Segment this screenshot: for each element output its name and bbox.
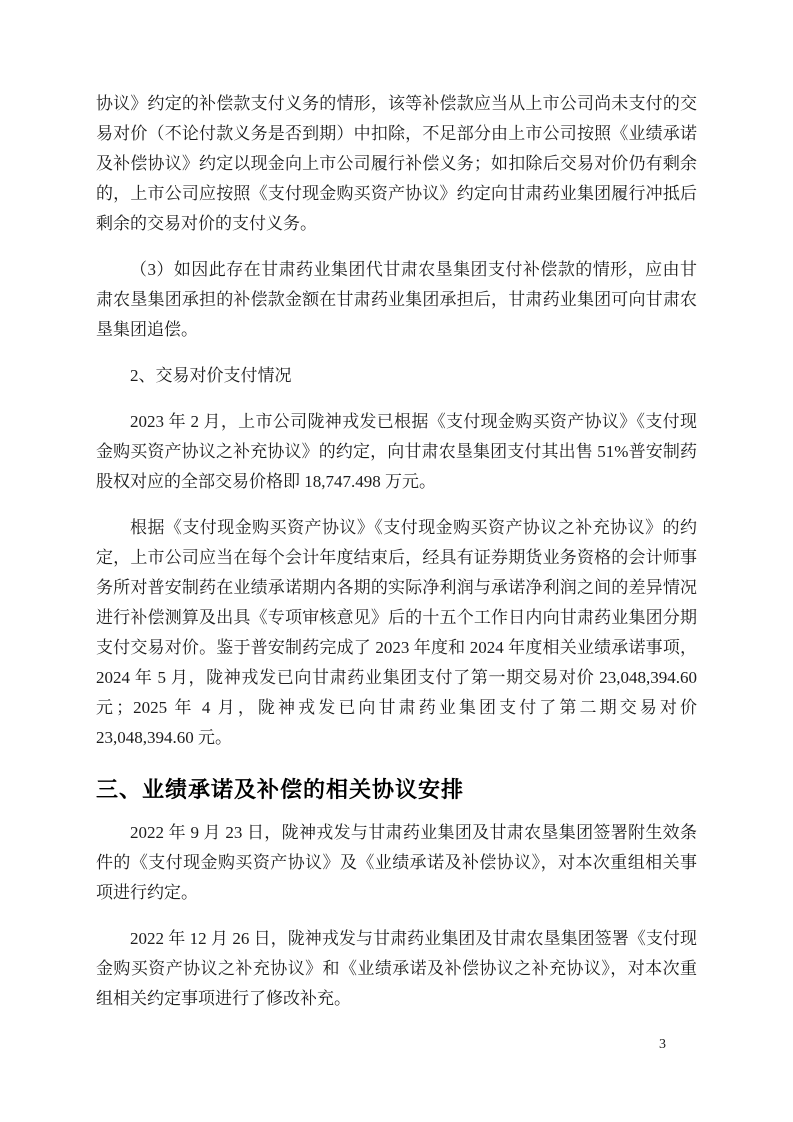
paragraph-item-3-recourse: （3）如因此存在甘肃药业集团代甘肃农垦集团支付补偿款的情形，应由甘肃农垦集团承担…	[96, 255, 697, 345]
section-heading-agreement-arrangements: 三、业绩承诺及补偿的相关协议安排	[96, 774, 697, 806]
page-content: 协议》约定的补偿款支付义务的情形，该等补偿款应当从上市公司尚未支付的交易对价（不…	[96, 89, 697, 1030]
paragraph-payment-2023: 2023 年 2 月，上市公司陇神戎发已根据《支付现金购买资产协议》《支付现金购…	[96, 407, 697, 497]
document-page: 协议》约定的补偿款支付义务的情形，该等补偿款应当从上市公司尚未支付的交易对价（不…	[0, 0, 793, 1122]
paragraph-compensation-offset: 协议》约定的补偿款支付义务的情形，该等补偿款应当从上市公司尚未支付的交易对价（不…	[96, 89, 697, 239]
subsection-title-payment-status: 2、交易对价支付情况	[96, 361, 697, 391]
paragraph-installment-payments: 根据《支付现金购买资产协议》《支付现金购买资产协议之补充协议》的约定，上市公司应…	[96, 513, 697, 753]
page-number: 3	[659, 1036, 666, 1054]
paragraph-agreements-2022-12-26: 2022 年 12 月 26 日，陇神戎发与甘肃药业集团及甘肃农垦集团签署《支付…	[96, 924, 697, 1014]
paragraph-agreements-2022-09-23: 2022 年 9 月 23 日，陇神戎发与甘肃药业集团及甘肃农垦集团签署附生效条…	[96, 818, 697, 908]
